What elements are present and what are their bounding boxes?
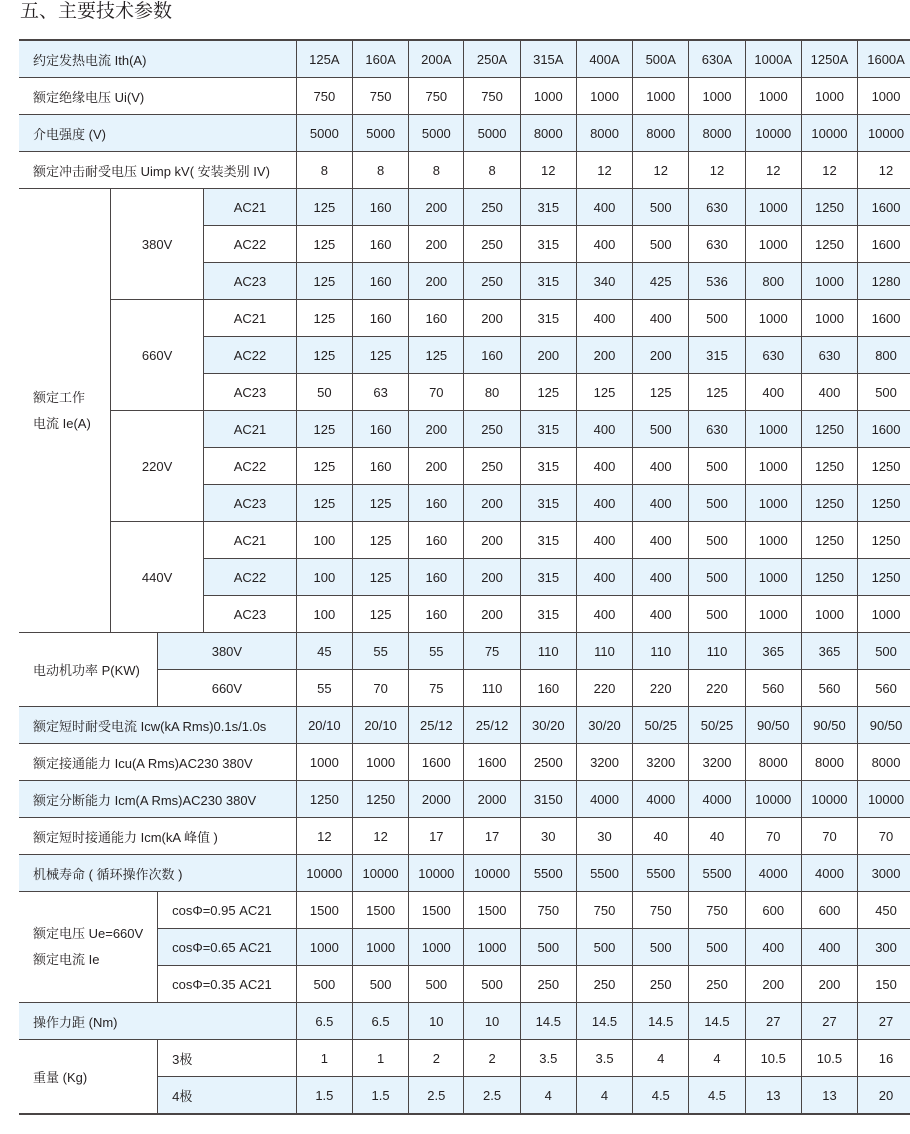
value-cell: 500: [858, 374, 910, 411]
value-cell: 17: [464, 818, 520, 855]
value-cell: 14.5: [520, 1003, 576, 1040]
value-cell: 500: [409, 966, 464, 1003]
cos-phi-label: cosΦ=0.95 AC21: [158, 892, 297, 929]
value-cell: 125: [296, 263, 352, 300]
value-cell: 500A: [633, 40, 689, 78]
value-cell: 125: [520, 374, 576, 411]
table-row: 额定电压 Ue=660V额定电流 IecosΦ=0.95 AC211500150…: [19, 892, 910, 929]
value-cell: 315: [520, 300, 576, 337]
value-cell: 220: [633, 670, 689, 707]
value-cell: 1250: [801, 522, 857, 559]
value-cell: 4000: [745, 855, 801, 892]
value-cell: 200: [633, 337, 689, 374]
value-cell: 10: [464, 1003, 520, 1040]
value-cell: 200: [409, 189, 464, 226]
value-cell: 1000: [745, 411, 801, 448]
value-cell: 4: [576, 1077, 632, 1115]
row-label: 额定短时接通能力 Icm(kA 峰值 ): [19, 818, 296, 855]
value-cell: 12: [633, 152, 689, 189]
value-cell: 250A: [464, 40, 520, 78]
value-cell: 8: [409, 152, 464, 189]
value-cell: 200: [464, 300, 520, 337]
value-cell: 125A: [296, 40, 352, 78]
value-cell: 1000: [745, 596, 801, 633]
value-cell: 12: [520, 152, 576, 189]
value-cell: 4000: [801, 855, 857, 892]
table-row: 约定发热电流 Ith(A)125A160A200A250A315A400A500…: [19, 40, 910, 78]
row-label: 操作力距 (Nm): [19, 1003, 296, 1040]
value-cell: 100: [296, 559, 352, 596]
value-cell: 1250: [801, 189, 857, 226]
category-label: AC21: [204, 300, 296, 337]
value-cell: 160: [409, 522, 464, 559]
rated-voltage-current-label-line2: 额定电流 Ie: [33, 947, 157, 973]
value-cell: 10000: [745, 115, 801, 152]
value-cell: 560: [745, 670, 801, 707]
table-row: 重量 (Kg)3极11223.53.54410.510.516: [19, 1040, 910, 1077]
value-cell: 365: [801, 633, 857, 670]
value-cell: 400: [745, 929, 801, 966]
value-cell: 1600: [464, 744, 520, 781]
value-cell: 125: [576, 374, 632, 411]
value-cell: 10000: [296, 855, 352, 892]
value-cell: 500: [689, 522, 745, 559]
weight-label: 重量 (Kg): [19, 1040, 158, 1115]
value-cell: 30/20: [576, 707, 632, 744]
rated-voltage-current-label-line1: 额定电压 Ue=660V: [33, 921, 157, 947]
value-cell: 80: [464, 374, 520, 411]
value-cell: 5000: [464, 115, 520, 152]
table-row: 电动机功率 P(KW)380V4555557511011011011036536…: [19, 633, 910, 670]
value-cell: 630A: [689, 40, 745, 78]
value-cell: 400: [633, 522, 689, 559]
value-cell: 400: [633, 485, 689, 522]
value-cell: 500: [689, 596, 745, 633]
value-cell: 1000: [745, 448, 801, 485]
row-label: 额定接通能力 Icu(A Rms)AC230 380V: [19, 744, 296, 781]
value-cell: 1250: [801, 448, 857, 485]
value-cell: 500: [633, 411, 689, 448]
value-cell: 200: [464, 485, 520, 522]
value-cell: 400: [576, 226, 632, 263]
value-cell: 1250: [801, 411, 857, 448]
value-cell: 90/50: [745, 707, 801, 744]
value-cell: 100: [296, 596, 352, 633]
value-cell: 1600: [858, 226, 910, 263]
value-cell: 10000: [801, 781, 857, 818]
value-cell: 1280: [858, 263, 910, 300]
value-cell: 400: [576, 300, 632, 337]
value-cell: 250: [689, 966, 745, 1003]
value-cell: 150: [858, 966, 910, 1003]
value-cell: 1.5: [296, 1077, 352, 1115]
table-row: 660VAC2112516016020031540040050010001000…: [19, 300, 910, 337]
value-cell: 600: [745, 892, 801, 929]
value-cell: 1600: [858, 411, 910, 448]
category-label: AC21: [204, 522, 296, 559]
value-cell: 70: [858, 818, 910, 855]
value-cell: 1000: [576, 78, 632, 115]
cos-phi-label: cosΦ=0.35 AC21: [158, 966, 297, 1003]
value-cell: 630: [801, 337, 857, 374]
value-cell: 12: [296, 818, 352, 855]
value-cell: 125: [296, 448, 352, 485]
value-cell: 400: [576, 411, 632, 448]
value-cell: 750: [296, 78, 352, 115]
value-cell: 5000: [296, 115, 352, 152]
value-cell: 200: [409, 263, 464, 300]
value-cell: 1000: [801, 300, 857, 337]
value-cell: 400: [576, 448, 632, 485]
value-cell: 10.5: [801, 1040, 857, 1077]
value-cell: 1250: [801, 485, 857, 522]
value-cell: 125: [296, 226, 352, 263]
value-cell: 125: [409, 337, 464, 374]
value-cell: 500: [633, 226, 689, 263]
value-cell: 3.5: [576, 1040, 632, 1077]
row-label: 额定分断能力 Icm(A Rms)AC230 380V: [19, 781, 296, 818]
value-cell: 1000: [745, 522, 801, 559]
value-cell: 12: [801, 152, 857, 189]
table-row: 440VAC2110012516020031540040050010001250…: [19, 522, 910, 559]
row-label: 约定发热电流 Ith(A): [19, 40, 296, 78]
cos-phi-label: cosΦ=0.65 AC21: [158, 929, 297, 966]
value-cell: 400: [633, 448, 689, 485]
category-label: AC22: [204, 448, 296, 485]
value-cell: 160: [352, 189, 408, 226]
row-label: 额定绝缘电压 Ui(V): [19, 78, 296, 115]
value-cell: 1000: [858, 78, 910, 115]
value-cell: 200: [409, 226, 464, 263]
value-cell: 1000: [689, 78, 745, 115]
value-cell: 8: [464, 152, 520, 189]
value-cell: 125: [352, 596, 408, 633]
value-cell: 1500: [464, 892, 520, 929]
value-cell: 6.5: [296, 1003, 352, 1040]
value-cell: 1000: [520, 78, 576, 115]
value-cell: 125: [296, 189, 352, 226]
value-cell: 500: [352, 966, 408, 1003]
value-cell: 110: [576, 633, 632, 670]
value-cell: 27: [745, 1003, 801, 1040]
value-cell: 55: [409, 633, 464, 670]
table-row: 介电强度 (V)50005000500050008000800080008000…: [19, 115, 910, 152]
pole-label: 3极: [158, 1040, 297, 1077]
value-cell: 12: [689, 152, 745, 189]
value-cell: 12: [352, 818, 408, 855]
table-row: 额定冲击耐受电压 Uimp kV( 安装类别 IV)88881212121212…: [19, 152, 910, 189]
value-cell: 110: [633, 633, 689, 670]
category-label: AC23: [204, 374, 296, 411]
value-cell: 425: [633, 263, 689, 300]
value-cell: 200: [464, 596, 520, 633]
value-cell: 400A: [576, 40, 632, 78]
value-cell: 4000: [576, 781, 632, 818]
value-cell: 40: [633, 818, 689, 855]
value-cell: 315: [520, 485, 576, 522]
value-cell: 10000: [352, 855, 408, 892]
value-cell: 1250: [858, 559, 910, 596]
value-cell: 1000: [745, 485, 801, 522]
value-cell: 125: [633, 374, 689, 411]
value-cell: 1250: [352, 781, 408, 818]
value-cell: 750: [576, 892, 632, 929]
value-cell: 750: [633, 892, 689, 929]
value-cell: 1250: [858, 522, 910, 559]
value-cell: 500: [464, 966, 520, 1003]
pole-label: 4极: [158, 1077, 297, 1115]
value-cell: 25/12: [409, 707, 464, 744]
row-label: 机械寿命 ( 循环操作次数 ): [19, 855, 296, 892]
value-cell: 6.5: [352, 1003, 408, 1040]
value-cell: 160: [352, 300, 408, 337]
value-cell: 4.5: [633, 1077, 689, 1115]
value-cell: 500: [296, 966, 352, 1003]
value-cell: 315: [520, 596, 576, 633]
value-cell: 1500: [409, 892, 464, 929]
value-cell: 30/20: [520, 707, 576, 744]
value-cell: 10000: [745, 781, 801, 818]
value-cell: 10000: [858, 781, 910, 818]
value-cell: 1000: [858, 596, 910, 633]
value-cell: 13: [801, 1077, 857, 1115]
value-cell: 315: [689, 337, 745, 374]
value-cell: 90/50: [858, 707, 910, 744]
value-cell: 1600: [409, 744, 464, 781]
value-cell: 315A: [520, 40, 576, 78]
value-cell: 5500: [633, 855, 689, 892]
value-cell: 1000: [352, 744, 408, 781]
value-cell: 315: [520, 263, 576, 300]
rated-current-label-line2: 电流 Ie(A): [33, 411, 110, 437]
category-label: AC21: [204, 411, 296, 448]
value-cell: 5500: [520, 855, 576, 892]
value-cell: 315: [520, 189, 576, 226]
table-row: 额定短时接通能力 Icm(kA 峰值 )12121717303040407070…: [19, 818, 910, 855]
category-label: AC23: [204, 596, 296, 633]
value-cell: 5000: [352, 115, 408, 152]
value-cell: 630: [689, 411, 745, 448]
value-cell: 2000: [464, 781, 520, 818]
value-cell: 8000: [745, 744, 801, 781]
value-cell: 4000: [689, 781, 745, 818]
value-cell: 8: [352, 152, 408, 189]
value-cell: 12: [576, 152, 632, 189]
value-cell: 2500: [520, 744, 576, 781]
value-cell: 125: [296, 337, 352, 374]
value-cell: 13: [745, 1077, 801, 1115]
value-cell: 160: [352, 411, 408, 448]
value-cell: 400: [633, 559, 689, 596]
value-cell: 200: [520, 337, 576, 374]
value-cell: 110: [520, 633, 576, 670]
value-cell: 10: [409, 1003, 464, 1040]
value-cell: 800: [745, 263, 801, 300]
value-cell: 400: [745, 374, 801, 411]
value-cell: 27: [858, 1003, 910, 1040]
value-cell: 160: [464, 337, 520, 374]
value-cell: 536: [689, 263, 745, 300]
value-cell: 450: [858, 892, 910, 929]
value-cell: 2000: [409, 781, 464, 818]
value-cell: 300: [858, 929, 910, 966]
value-cell: 400: [801, 374, 857, 411]
value-cell: 1600: [858, 189, 910, 226]
value-cell: 8000: [633, 115, 689, 152]
value-cell: 100: [296, 522, 352, 559]
value-cell: 4.5: [689, 1077, 745, 1115]
value-cell: 160: [352, 226, 408, 263]
value-cell: 14.5: [576, 1003, 632, 1040]
value-cell: 160: [352, 448, 408, 485]
value-cell: 500: [520, 929, 576, 966]
category-label: AC21: [204, 189, 296, 226]
value-cell: 125: [296, 485, 352, 522]
value-cell: 160: [352, 263, 408, 300]
category-label: AC22: [204, 226, 296, 263]
value-cell: 125: [352, 559, 408, 596]
value-cell: 90/50: [801, 707, 857, 744]
value-cell: 400: [633, 596, 689, 633]
value-cell: 27: [801, 1003, 857, 1040]
value-cell: 3200: [633, 744, 689, 781]
table-row: 额定分断能力 Icm(A Rms)AC230 380V1250125020002…: [19, 781, 910, 818]
value-cell: 500: [633, 189, 689, 226]
value-cell: 8000: [801, 744, 857, 781]
value-cell: 200: [409, 411, 464, 448]
rated-current-label-line1: 额定工作: [33, 385, 110, 411]
table-row: 额定接通能力 Icu(A Rms)AC230 380V1000100016001…: [19, 744, 910, 781]
table-row: 机械寿命 ( 循环操作次数 )1000010000100001000055005…: [19, 855, 910, 892]
value-cell: 8000: [858, 744, 910, 781]
value-cell: 160: [409, 596, 464, 633]
value-cell: 160: [409, 485, 464, 522]
value-cell: 50/25: [689, 707, 745, 744]
value-cell: 560: [801, 670, 857, 707]
value-cell: 1000: [296, 744, 352, 781]
value-cell: 1600A: [858, 40, 910, 78]
value-cell: 70: [745, 818, 801, 855]
value-cell: 500: [689, 300, 745, 337]
value-cell: 4: [689, 1040, 745, 1077]
row-label: 介电强度 (V): [19, 115, 296, 152]
value-cell: 1250: [296, 781, 352, 818]
value-cell: 200A: [409, 40, 464, 78]
value-cell: 1.5: [352, 1077, 408, 1115]
value-cell: 25/12: [464, 707, 520, 744]
value-cell: 8000: [576, 115, 632, 152]
value-cell: 1250: [858, 485, 910, 522]
value-cell: 630: [689, 189, 745, 226]
value-cell: 365: [745, 633, 801, 670]
value-cell: 1000: [801, 78, 857, 115]
value-cell: 1600: [858, 300, 910, 337]
value-cell: 75: [464, 633, 520, 670]
value-cell: 500: [633, 929, 689, 966]
value-cell: 750: [464, 78, 520, 115]
value-cell: 315: [520, 448, 576, 485]
voltage-label: 660V: [110, 300, 203, 411]
value-cell: 45: [296, 633, 352, 670]
value-cell: 400: [633, 300, 689, 337]
value-cell: 400: [576, 522, 632, 559]
value-cell: 160: [520, 670, 576, 707]
value-cell: 1000: [745, 300, 801, 337]
value-cell: 250: [464, 226, 520, 263]
table-row: 操作力距 (Nm)6.56.5101014.514.514.514.527272…: [19, 1003, 910, 1040]
value-cell: 750: [409, 78, 464, 115]
value-cell: 110: [689, 633, 745, 670]
value-cell: 125: [296, 300, 352, 337]
value-cell: 14.5: [689, 1003, 745, 1040]
value-cell: 1250: [801, 226, 857, 263]
value-cell: 220: [576, 670, 632, 707]
motor-power-label: 电动机功率 P(KW): [19, 633, 158, 707]
value-cell: 2: [409, 1040, 464, 1077]
value-cell: 125: [352, 485, 408, 522]
value-cell: 315: [520, 226, 576, 263]
rated-voltage-current-label: 额定电压 Ue=660V额定电流 Ie: [19, 892, 158, 1003]
value-cell: 1000: [801, 263, 857, 300]
value-cell: 55: [296, 670, 352, 707]
value-cell: 1: [296, 1040, 352, 1077]
value-cell: 70: [352, 670, 408, 707]
value-cell: 3200: [689, 744, 745, 781]
rated-current-label: 额定工作电流 Ie(A): [19, 189, 110, 633]
value-cell: 10.5: [745, 1040, 801, 1077]
value-cell: 55: [352, 633, 408, 670]
value-cell: 1000: [745, 226, 801, 263]
value-cell: 630: [689, 226, 745, 263]
value-cell: 3.5: [520, 1040, 576, 1077]
value-cell: 160: [409, 300, 464, 337]
value-cell: 160A: [352, 40, 408, 78]
value-cell: 125: [296, 411, 352, 448]
value-cell: 3000: [858, 855, 910, 892]
value-cell: 40: [689, 818, 745, 855]
value-cell: 8: [296, 152, 352, 189]
value-cell: 5500: [576, 855, 632, 892]
value-cell: 500: [689, 485, 745, 522]
tech-params-table: 约定发热电流 Ith(A)125A160A200A250A315A400A500…: [19, 39, 910, 1115]
value-cell: 200: [409, 448, 464, 485]
value-cell: 3200: [576, 744, 632, 781]
value-cell: 1000: [633, 78, 689, 115]
value-cell: 8000: [689, 115, 745, 152]
value-cell: 75: [409, 670, 464, 707]
value-cell: 16: [858, 1040, 910, 1077]
value-cell: 340: [576, 263, 632, 300]
value-cell: 1000A: [745, 40, 801, 78]
value-cell: 10000: [801, 115, 857, 152]
value-cell: 250: [520, 966, 576, 1003]
value-cell: 1500: [296, 892, 352, 929]
value-cell: 400: [801, 929, 857, 966]
value-cell: 750: [689, 892, 745, 929]
value-cell: 500: [858, 633, 910, 670]
value-cell: 250: [464, 189, 520, 226]
value-cell: 110: [464, 670, 520, 707]
value-cell: 5000: [409, 115, 464, 152]
motor-voltage-label: 380V: [158, 633, 297, 670]
value-cell: 50/25: [633, 707, 689, 744]
value-cell: 630: [745, 337, 801, 374]
value-cell: 63: [352, 374, 408, 411]
value-cell: 30: [520, 818, 576, 855]
value-cell: 4: [633, 1040, 689, 1077]
value-cell: 20/10: [296, 707, 352, 744]
value-cell: 250: [633, 966, 689, 1003]
